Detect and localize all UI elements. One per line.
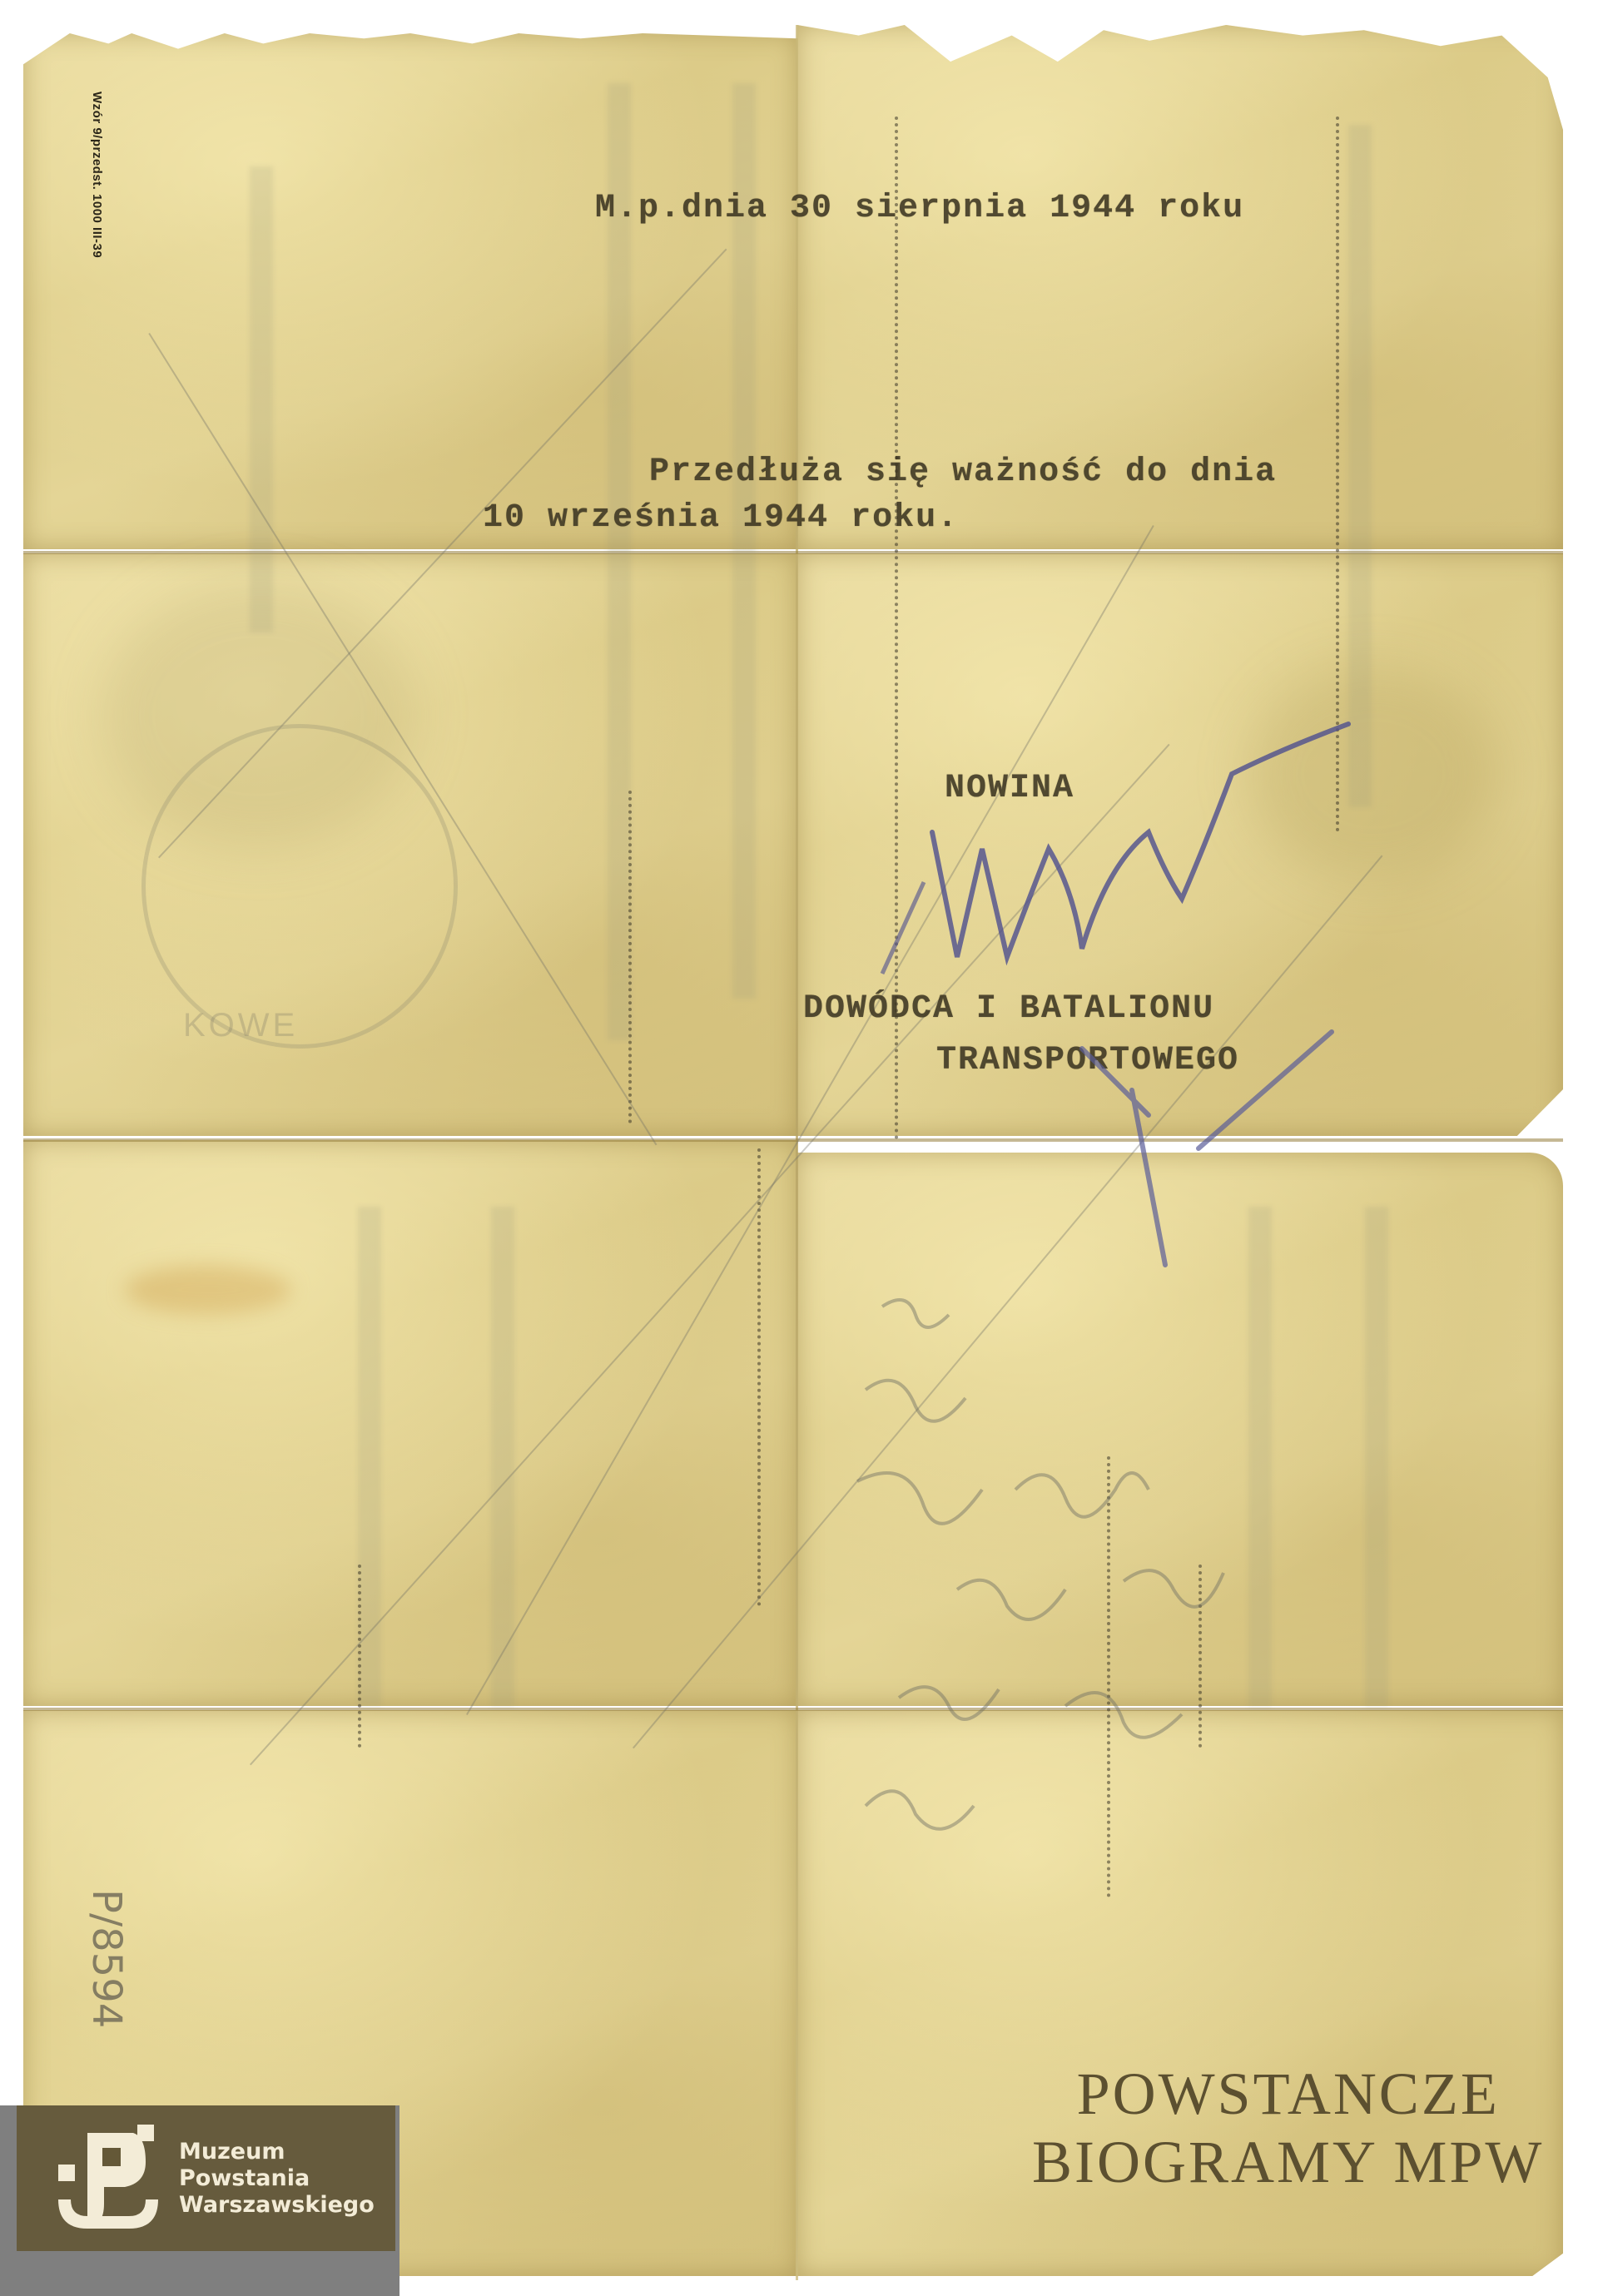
biography-watermark: POWSTANCZE BIOGRAMY MPW (1032, 2060, 1544, 2196)
watermark-line2: BIOGRAMY MPW (1032, 2128, 1544, 2196)
museum-name-line1: Muzeum (179, 2139, 375, 2165)
document-panel-lower-left (23, 1140, 797, 1706)
dotted-line (358, 1565, 365, 1748)
faded-stamp (141, 724, 458, 1049)
bleed-through-text (250, 166, 273, 632)
vertical-fold-line (796, 25, 798, 2280)
extension-text-line1: Przedłuża się ważność do dnia (649, 454, 1277, 491)
signature-icon (832, 682, 1382, 1282)
dotted-line (628, 791, 635, 1123)
stain (125, 1265, 291, 1315)
kotwica-anchor-icon (54, 2125, 162, 2233)
extension-text-line2: 10 września 1944 roku. (483, 499, 959, 537)
bleed-through-text (491, 1207, 514, 1706)
stamp-text: KOWE (183, 1007, 298, 1044)
place-date-line: M.p.dnia 30 sierpnia 1944 roku (595, 190, 1244, 227)
museum-logo-badge: Muzeum Powstania Warszawskiego (17, 2105, 395, 2251)
watermark-line1: POWSTANCZE (1032, 2060, 1544, 2128)
museum-name: Muzeum Powstania Warszawskiego (179, 2139, 375, 2219)
museum-name-line2: Powstania (179, 2165, 375, 2192)
pencil-handwriting (832, 1207, 1415, 1872)
museum-name-line3: Warszawskiego (179, 2192, 375, 2219)
inventory-number: P/8594 (83, 1889, 130, 2028)
form-code-label: Wzór 9/przedst. 1000 III-39 (90, 92, 104, 258)
dotted-line (757, 1148, 764, 1606)
